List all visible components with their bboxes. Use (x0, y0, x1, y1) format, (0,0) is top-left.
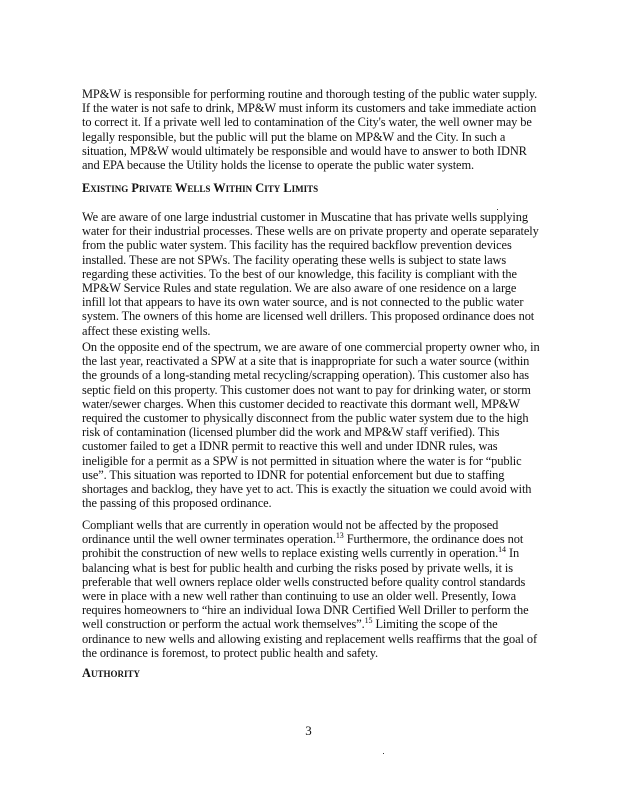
heading-existing-private-wells: Existing Private Wells Within City Limit… (82, 181, 318, 195)
paragraph-commercial-property-owner: On the opposite end of the spectrum, we … (82, 340, 540, 510)
footnote-ref-14: 14 (498, 545, 506, 554)
paragraph-text: We are aware of one large industrial cus… (82, 210, 540, 338)
paragraph-text: MP&W is responsible for performing routi… (82, 87, 540, 172)
paragraph-compliant-wells: Compliant wells that are currently in op… (82, 518, 540, 660)
paragraph-text: Compliant wells that are currently in op… (82, 518, 540, 660)
heading-authority: Authority (82, 666, 140, 680)
page-number: 3 (0, 724, 617, 738)
scan-speck (497, 209, 498, 210)
paragraph-text: On the opposite end of the spectrum, we … (82, 340, 540, 510)
scan-speck (383, 753, 384, 754)
paragraph-industrial-customer: We are aware of one large industrial cus… (82, 210, 540, 338)
document-page: MP&W is responsible for performing routi… (0, 0, 617, 800)
footnote-ref-13: 13 (336, 531, 344, 540)
paragraph-mpw-responsibility: MP&W is responsible for performing routi… (82, 87, 540, 172)
